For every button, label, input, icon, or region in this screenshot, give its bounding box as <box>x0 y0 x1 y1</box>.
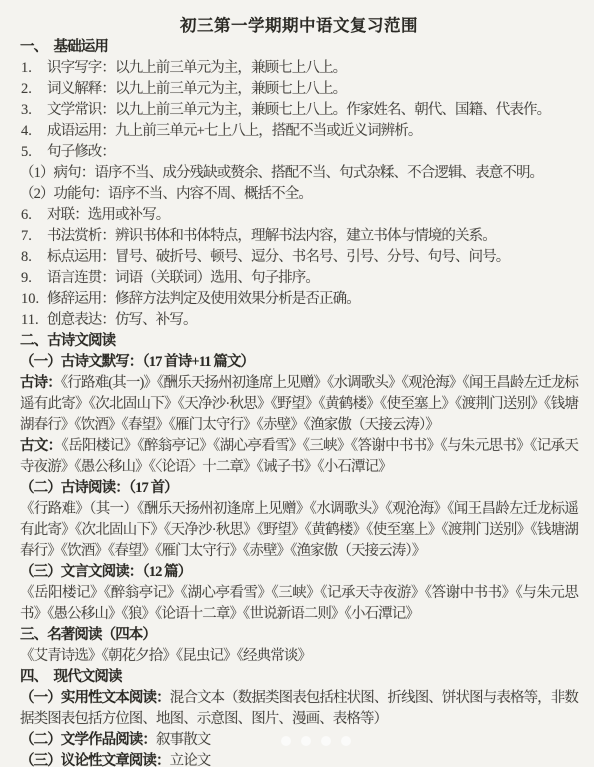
doc-line: （二）古诗阅读：（17 首） <box>20 478 578 499</box>
watermark-dot <box>341 736 351 746</box>
doc-line: （三）文言文阅读：（12 篇） <box>20 562 578 583</box>
doc-line: 8.标点运用：冒号、破折号、顿号、逗分、书名号、引号、分号、句号、问号。 <box>20 247 578 268</box>
line-number: 1. <box>21 58 32 79</box>
watermark-dot <box>301 736 311 746</box>
doc-line: （一）古诗文默写：（17 首诗+11 篇文） <box>20 352 578 373</box>
line-number: 11. <box>21 310 39 331</box>
line-number: 10. <box>21 289 39 310</box>
line-text: 《行路难》（其一）《酬乐天扬州初逢席上见赠》《水调歌头》《观沧海》《闻王昌龄左迁… <box>20 501 578 559</box>
line-text: 对联：选用或补写。 <box>47 207 169 223</box>
line-text: 识字写字：以九上前三单元为主，兼顾七上八上。 <box>47 60 346 76</box>
watermark-dot <box>321 736 331 746</box>
line-number: 4. <box>21 121 32 142</box>
line-bold-label: （一）实用性文本阅读： <box>20 690 170 706</box>
doc-line: 9.语言连贯：词语（关联词）选用、句子排序。 <box>20 268 578 289</box>
line-bold-label: 一、 基础运用 <box>20 39 108 55</box>
line-text: 文学常识：以九上前三单元为主，兼顾七上八上。作家姓名、朝代、国籍、代表作。 <box>47 102 550 118</box>
line-text: 句子修改： <box>47 144 115 160</box>
doc-line: 二、古诗文阅读 <box>20 331 578 352</box>
line-text: 修辞运用：修辞方法判定及使用效果分析是否正确。 <box>47 291 360 307</box>
doc-line: 一、 基础运用 <box>20 37 578 58</box>
doc-line: 7.书法赏析：辨识书体和书体特点，理解书法内容，建立书体与情境的关系。 <box>20 226 578 247</box>
line-text: 《行路难(其一)》《酬乐天扬州初逢席上见赠》《水调歌头》《观沧海》《闻王昌龄左迁… <box>20 375 578 433</box>
line-text: 语言连贯：词语（关联词）选用、句子排序。 <box>47 270 319 286</box>
document-body: 一、 基础运用1.识字写字：以九上前三单元为主，兼顾七上八上。2.词义解释：以九… <box>20 37 578 767</box>
line-number: 6. <box>21 205 32 226</box>
line-bold-label: （三）文言文阅读：（12 篇） <box>20 564 191 580</box>
line-bold-label: 四、 现代文阅读 <box>20 669 122 685</box>
line-number: 5. <box>21 142 32 163</box>
page-title: 初三第一学期期中语文复习范围 <box>20 14 578 37</box>
watermark-dots <box>281 736 351 746</box>
document-page: 初三第一学期期中语文复习范围 一、 基础运用1.识字写字：以九上前三单元为主，兼… <box>0 0 594 767</box>
doc-line: 4.成语运用：九上前三单元+七上八上，搭配不当或近义词辨析。 <box>20 121 578 142</box>
line-text: 《岳阳楼记》《醉翁亭记》《湖心亭看雪》《三峡》《答谢中书书》《与朱元思书》《记承… <box>20 438 578 475</box>
line-bold-label: （一）古诗文默写：（17 首诗+11 篇文） <box>20 354 254 370</box>
doc-line: 6.对联：选用或补写。 <box>20 205 578 226</box>
line-bold-label: 古诗： <box>20 375 61 391</box>
doc-line: （一）实用性文本阅读：混合文本（数据类图表包括柱状图、折线图、饼状图与表格等，非… <box>20 688 578 730</box>
line-text: 立论文 <box>170 753 211 767</box>
line-text: 创意表达：仿写、补写。 <box>47 312 197 328</box>
line-number: 7. <box>21 226 32 247</box>
line-bold-label: 三、名著阅读（四本） <box>20 627 156 643</box>
line-text: 叙事散文 <box>156 732 210 748</box>
doc-line: 《行路难》（其一）《酬乐天扬州初逢席上见赠》《水调歌头》《观沧海》《闻王昌龄左迁… <box>20 499 578 562</box>
line-bold-label: 二、古诗文阅读 <box>20 333 115 349</box>
doc-line: （三）议论性文章阅读：立论文 <box>20 751 578 767</box>
line-bold-label: （二）古诗阅读：（17 首） <box>20 480 178 496</box>
doc-line: 10.修辞运用：修辞方法判定及使用效果分析是否正确。 <box>20 289 578 310</box>
line-text: 标点运用：冒号、破折号、顿号、逗分、书名号、引号、分号、句号、问号。 <box>47 249 509 265</box>
line-text: （2）功能句：语序不当、内容不周、概括不全。 <box>20 186 312 202</box>
line-number: 3. <box>21 100 32 121</box>
line-text: 成语运用：九上前三单元+七上八上，搭配不当或近义词辨析。 <box>47 123 421 139</box>
line-text: 《艾青诗选》《朝花夕拾》《昆虫记》《经典常谈》 <box>20 648 311 664</box>
doc-line: （2）功能句：语序不当、内容不周、概括不全。 <box>20 184 578 205</box>
doc-line: 1.识字写字：以九上前三单元为主，兼顾七上八上。 <box>20 58 578 79</box>
line-number: 2. <box>21 79 32 100</box>
doc-line: 《岳阳楼记》《醉翁亭记》《湖心亭看雪》《三峡》《记承天寺夜游》《答谢中书书》《与… <box>20 583 578 625</box>
line-text: 书法赏析：辨识书体和书体特点，理解书法内容，建立书体与情境的关系。 <box>47 228 496 244</box>
watermark-dot <box>281 736 291 746</box>
doc-line: 三、名著阅读（四本） <box>20 625 578 646</box>
doc-line: 古诗：《行路难(其一)》《酬乐天扬州初逢席上见赠》《水调歌头》《观沧海》《闻王昌… <box>20 373 578 436</box>
doc-line: （1）病句：语序不当、成分残缺或赘余、搭配不当、句式杂糅、不合逻辑、表意不明。 <box>20 163 578 184</box>
doc-line: 古文：《岳阳楼记》《醉翁亭记》《湖心亭看雪》《三峡》《答谢中书书》《与朱元思书》… <box>20 436 578 478</box>
line-number: 8. <box>21 247 32 268</box>
line-text: （1）病句：语序不当、成分残缺或赘余、搭配不当、句式杂糅、不合逻辑、表意不明。 <box>20 165 543 181</box>
doc-line: 5.句子修改： <box>20 142 578 163</box>
line-number: 9. <box>21 268 32 289</box>
doc-line: 《艾青诗选》《朝花夕拾》《昆虫记》《经典常谈》 <box>20 646 578 667</box>
line-bold-label: 古文： <box>20 438 62 454</box>
line-text: 《岳阳楼记》《醉翁亭记》《湖心亭看雪》《三峡》《记承天寺夜游》《答谢中书书》《与… <box>20 585 578 622</box>
line-bold-label: （三）议论性文章阅读： <box>20 753 170 767</box>
line-text: 词义解释：以九上前三单元为主，兼顾七上八上。 <box>47 81 346 97</box>
doc-line: 四、 现代文阅读 <box>20 667 578 688</box>
doc-line: 11.创意表达：仿写、补写。 <box>20 310 578 331</box>
doc-line: 2.词义解释：以九上前三单元为主，兼顾七上八上。 <box>20 79 578 100</box>
line-bold-label: （二）文学作品阅读： <box>20 732 156 748</box>
doc-line: 3.文学常识：以九上前三单元为主，兼顾七上八上。作家姓名、朝代、国籍、代表作。 <box>20 100 578 121</box>
